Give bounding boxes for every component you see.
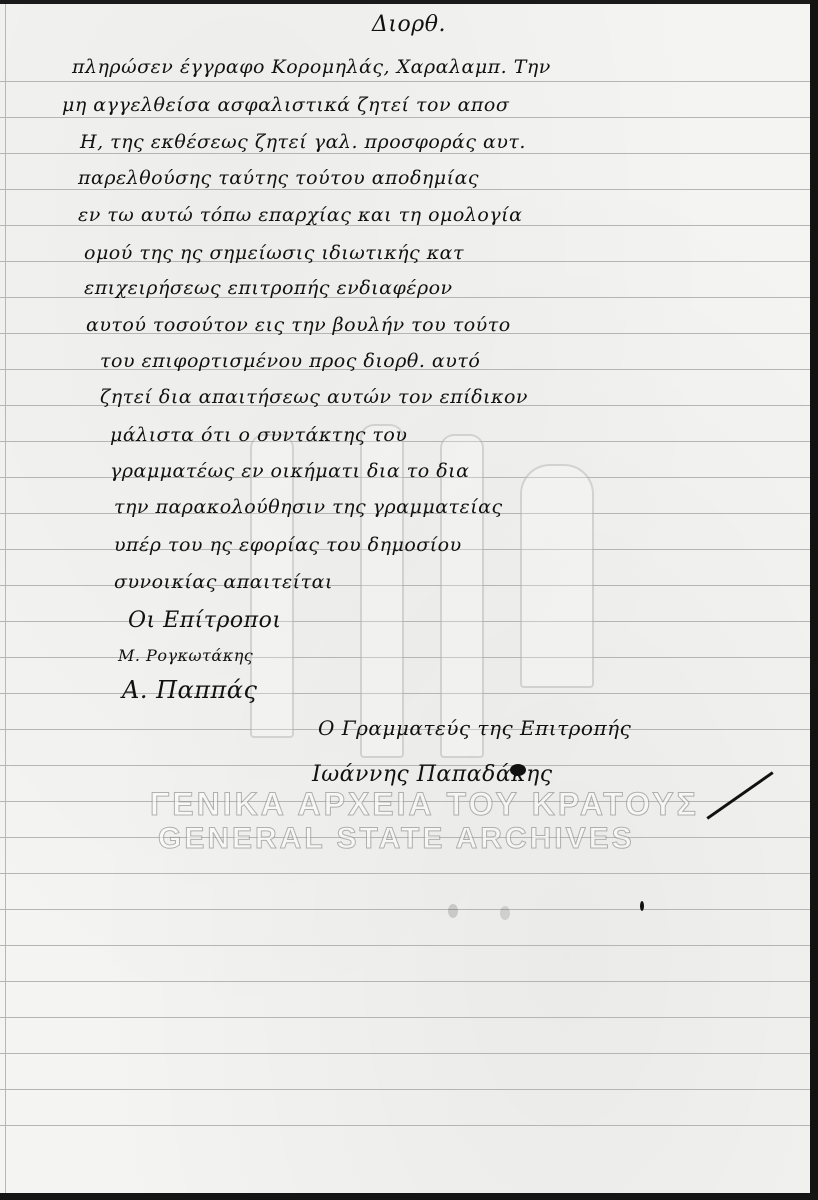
body-line: μάλιστα ότι ο συντάκτης του xyxy=(110,424,407,446)
logo-column-3 xyxy=(440,434,484,758)
body-line: επιχειρήσεως επιτροπής ενδιαφέρον xyxy=(84,277,453,299)
left-margin-rule xyxy=(5,4,6,1193)
ruled-line xyxy=(0,189,810,190)
ruled-line xyxy=(0,873,810,874)
body-line: παρελθούσης ταύτης τούτου αποδημίας xyxy=(78,167,479,189)
body-line: συνοικίας απαιτείται xyxy=(114,571,333,593)
ink-spot xyxy=(640,901,644,911)
watermark-greek: ΓΕΝΙΚΑ ΑΡΧΕΙΑ ΤΟΥ ΚΡΑΤΟΥΣ xyxy=(150,786,699,823)
ruled-line xyxy=(0,117,810,118)
signatory-2: Α. Παππάς xyxy=(122,676,257,704)
logo-column-4 xyxy=(520,464,594,688)
ruled-line xyxy=(0,81,810,82)
body-line: πληρώσεν έγγραφο Κορομηλάς, Χαραλαμπ. Τη… xyxy=(72,56,551,78)
body-line: ομού της ης σημείωσις ιδιωτικής κατ xyxy=(84,242,464,264)
watermark-english: GENERAL STATE ARCHIVES xyxy=(158,822,635,856)
ruled-line xyxy=(0,909,810,910)
scan-bottom-border xyxy=(0,1193,818,1200)
body-line: υπέρ του ης εφορίας του δημοσίου xyxy=(114,534,462,556)
body-line: εν τω αυτώ τόπω επαρχίας και τη ομολογία xyxy=(78,204,522,226)
body-line: Η, της εκθέσεως ζητεί γαλ. προσφοράς αυτ… xyxy=(80,131,526,153)
header-mark: Διορθ. xyxy=(372,12,446,37)
manuscript-page: Διορθ. πληρώσεν έγγραφο Κορομηλάς, Χαραλ… xyxy=(0,4,810,1193)
signatory-1: Μ. Ρογκωτάκης xyxy=(118,646,253,665)
ruled-line xyxy=(0,153,810,154)
clerk-line: Ο Γραμματεύς της Επιτροπής xyxy=(318,716,631,740)
closing-salutation: Οι Επίτροποι xyxy=(128,608,281,633)
ruled-line xyxy=(0,621,810,622)
ruled-line xyxy=(0,945,810,946)
ruled-line xyxy=(0,1125,810,1126)
smudge xyxy=(448,904,458,918)
scan-right-border xyxy=(810,0,818,1200)
signature-flourish xyxy=(706,771,773,819)
body-line: αυτού τοσούτον εις την βουλήν του τούτο xyxy=(86,314,511,336)
body-line: μη αγγελθείσα ασφαλιστικά ζητεί τον αποσ xyxy=(62,94,509,116)
smudge xyxy=(500,906,510,920)
body-line: ζητεί δια απαιτήσεως αυτών τον επίδικον xyxy=(100,386,528,408)
body-line: γραμματέως εν οικήματι δια το δια xyxy=(110,460,469,482)
ruled-line xyxy=(0,981,810,982)
ink-blot xyxy=(510,764,526,776)
ruled-line xyxy=(0,1017,810,1018)
body-line: του επιφορτισμένου προς διορθ. αυτό xyxy=(100,350,480,372)
ruled-line xyxy=(0,1089,810,1090)
ruled-line xyxy=(0,1053,810,1054)
body-line: την παρακολούθησιν της γραμματείας xyxy=(114,496,503,518)
